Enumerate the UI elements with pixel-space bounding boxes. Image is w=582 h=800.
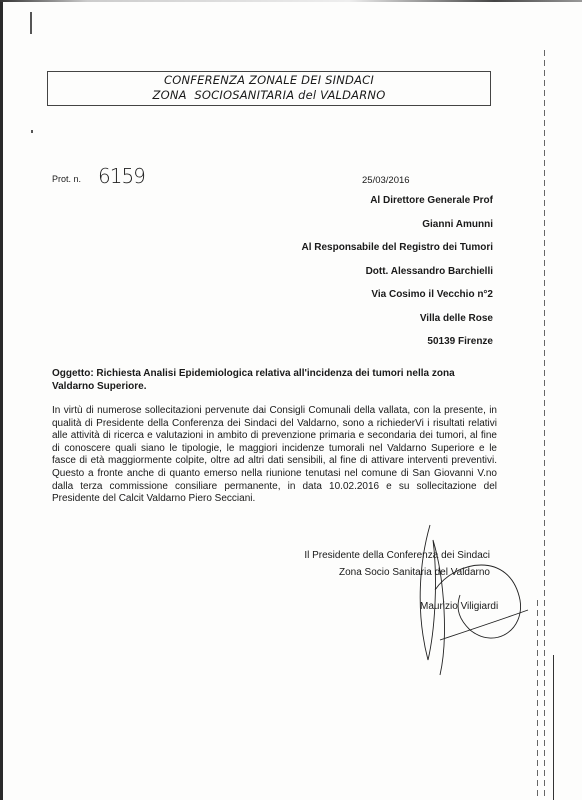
recipient-block: Al Direttore Generale Prof Gianni Amunni… [301,195,493,360]
recipient-line: Gianni Amunni [301,219,493,243]
letter-date: 25/03/2016 [362,175,410,186]
recipient-line: Al Responsabile del Registro dei Tumori [301,242,493,266]
letterhead-line1: CONFERENZA ZONALE DEI SINDACI [48,73,490,88]
handwritten-signature [400,520,530,680]
protocol-number-handwritten: 6159 [98,164,145,188]
recipient-line: Villa delle Rose [301,313,493,337]
letterhead-line2: ZONA SOCIOSANITARIA del VALDARNO [48,88,490,103]
scan-mark [31,130,33,133]
scan-line [544,50,545,800]
scan-line [553,655,554,800]
recipient-line: 50139 Firenze [301,336,493,360]
scan-edge-left [0,0,3,800]
scan-line [537,600,538,800]
subject-line: Oggetto: Richiesta Analisi Epidemiologic… [52,367,497,393]
recipient-line: Al Direttore Generale Prof [301,195,493,219]
scan-mark [30,12,32,34]
scan-edge-top [0,0,582,2]
recipient-line: Dott. Alessandro Barchielli [301,266,493,290]
protocol-label: Prot. n. [52,174,81,184]
letterhead-box: CONFERENZA ZONALE DEI SINDACI ZONA SOCIO… [47,71,491,106]
letter-body: In virtù di numerose sollecitazioni perv… [52,405,497,506]
recipient-line: Via Cosimo il Vecchio n°2 [301,289,493,313]
